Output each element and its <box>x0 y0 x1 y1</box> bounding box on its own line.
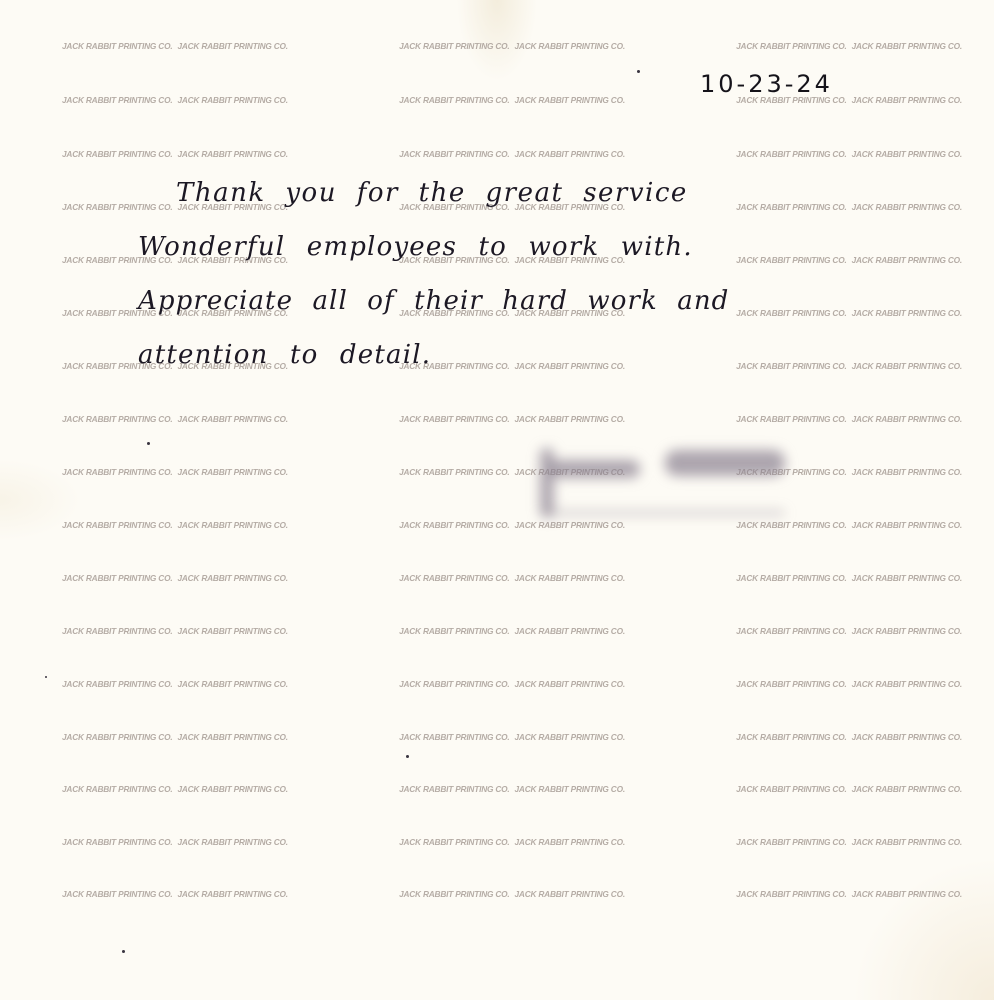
watermark-text: JACK RABBIT PRINTING CO. <box>736 837 846 849</box>
watermark-text: JACK RABBIT PRINTING CO. <box>62 626 172 638</box>
watermark-text: JACK RABBIT PRINTING CO. <box>736 626 846 638</box>
watermark-row: JACK RABBIT PRINTING CO.JACK RABBIT PRIN… <box>62 784 962 796</box>
watermark-row: JACK RABBIT PRINTING CO.JACK RABBIT PRIN… <box>62 573 962 585</box>
watermark-text: JACK RABBIT PRINTING CO. <box>62 679 172 691</box>
watermark-text: JACK RABBIT PRINTING CO. <box>62 41 172 53</box>
watermark-text: JACK RABBIT PRINTING CO. <box>852 308 962 320</box>
watermark-text: JACK RABBIT PRINTING CO. <box>852 467 962 479</box>
watermark-text: JACK RABBIT PRINTING CO. <box>177 41 287 53</box>
watermark-text: JACK RABBIT PRINTING CO. <box>515 361 625 373</box>
watermark-text: JACK RABBIT PRINTING CO. <box>62 573 172 585</box>
watermark-text: JACK RABBIT PRINTING CO. <box>852 679 962 691</box>
watermark-text: JACK RABBIT PRINTING CO. <box>515 784 625 796</box>
watermark-text: JACK RABBIT PRINTING CO. <box>399 732 509 744</box>
watermark-text: JACK RABBIT PRINTING CO. <box>736 679 846 691</box>
watermark-text: JACK RABBIT PRINTING CO. <box>177 573 287 585</box>
watermark-text: JACK RABBIT PRINTING CO. <box>177 414 287 426</box>
watermark-text: JACK RABBIT PRINTING CO. <box>852 889 962 901</box>
watermark-row: JACK RABBIT PRINTING CO.JACK RABBIT PRIN… <box>62 837 962 849</box>
watermark-text: JACK RABBIT PRINTING CO. <box>177 784 287 796</box>
watermark-text: JACK RABBIT PRINTING CO. <box>399 41 509 53</box>
watermark-text: JACK RABBIT PRINTING CO. <box>177 95 287 107</box>
watermark-text: JACK RABBIT PRINTING CO. <box>62 889 172 901</box>
watermark-text: JACK RABBIT PRINTING CO. <box>177 149 287 161</box>
watermark-text: JACK RABBIT PRINTING CO. <box>736 308 846 320</box>
watermark-text: JACK RABBIT PRINTING CO. <box>736 255 846 267</box>
ink-speck <box>147 442 150 445</box>
watermark-text: JACK RABBIT PRINTING CO. <box>852 784 962 796</box>
watermark-text: JACK RABBIT PRINTING CO. <box>515 95 625 107</box>
ink-speck <box>122 950 125 953</box>
watermark-text: JACK RABBIT PRINTING CO. <box>177 837 287 849</box>
watermark-text: JACK RABBIT PRINTING CO. <box>852 626 962 638</box>
watermark-text: JACK RABBIT PRINTING CO. <box>852 520 962 532</box>
watermark-text: JACK RABBIT PRINTING CO. <box>399 149 509 161</box>
watermark-text: JACK RABBIT PRINTING CO. <box>399 889 509 901</box>
watermark-text: JACK RABBIT PRINTING CO. <box>399 414 509 426</box>
watermark-text: JACK RABBIT PRINTING CO. <box>736 149 846 161</box>
watermark-text: JACK RABBIT PRINTING CO. <box>399 573 509 585</box>
watermark-text: JACK RABBIT PRINTING CO. <box>736 889 846 901</box>
watermark-text: JACK RABBIT PRINTING CO. <box>177 732 287 744</box>
watermark-text: JACK RABBIT PRINTING CO. <box>399 520 509 532</box>
watermark-row: JACK RABBIT PRINTING CO.JACK RABBIT PRIN… <box>62 149 962 161</box>
watermark-text: JACK RABBIT PRINTING CO. <box>852 837 962 849</box>
watermark-text: JACK RABBIT PRINTING CO. <box>399 679 509 691</box>
watermark-row: JACK RABBIT PRINTING CO.JACK RABBIT PRIN… <box>62 41 962 53</box>
watermark-row: JACK RABBIT PRINTING CO.JACK RABBIT PRIN… <box>62 732 962 744</box>
watermark-text: JACK RABBIT PRINTING CO. <box>736 41 846 53</box>
blurred-signature <box>530 438 780 518</box>
watermark-text: JACK RABBIT PRINTING CO. <box>399 95 509 107</box>
watermark-text: JACK RABBIT PRINTING CO. <box>736 520 846 532</box>
note-line-2: Wonderful employees to work with. <box>138 232 693 262</box>
watermark-text: JACK RABBIT PRINTING CO. <box>852 732 962 744</box>
watermark-text: JACK RABBIT PRINTING CO. <box>736 784 846 796</box>
watermark-text: JACK RABBIT PRINTING CO. <box>399 837 509 849</box>
watermark-text: JACK RABBIT PRINTING CO. <box>515 626 625 638</box>
watermark-text: JACK RABBIT PRINTING CO. <box>852 361 962 373</box>
watermark-text: JACK RABBIT PRINTING CO. <box>177 679 287 691</box>
watermark-text: JACK RABBIT PRINTING CO. <box>177 520 287 532</box>
watermark-text: JACK RABBIT PRINTING CO. <box>62 837 172 849</box>
watermark-text: JACK RABBIT PRINTING CO. <box>62 784 172 796</box>
watermark-text: JACK RABBIT PRINTING CO. <box>852 255 962 267</box>
watermark-row: JACK RABBIT PRINTING CO.JACK RABBIT PRIN… <box>62 626 962 638</box>
watermark-text: JACK RABBIT PRINTING CO. <box>399 626 509 638</box>
watermark-text: JACK RABBIT PRINTING CO. <box>515 520 625 532</box>
watermark-text: JACK RABBIT PRINTING CO. <box>515 679 625 691</box>
watermark-text: JACK RABBIT PRINTING CO. <box>62 467 172 479</box>
watermark-text: JACK RABBIT PRINTING CO. <box>62 202 172 214</box>
watermark-text: JACK RABBIT PRINTING CO. <box>852 95 962 107</box>
note-date: 10-23-24 <box>700 70 833 98</box>
watermark-text: JACK RABBIT PRINTING CO. <box>62 520 172 532</box>
watermark-text: JACK RABBIT PRINTING CO. <box>515 414 625 426</box>
watermark-text: JACK RABBIT PRINTING CO. <box>515 732 625 744</box>
watermark-text: JACK RABBIT PRINTING CO. <box>62 149 172 161</box>
watermark-text: JACK RABBIT PRINTING CO. <box>62 414 172 426</box>
watermark-row: JACK RABBIT PRINTING CO.JACK RABBIT PRIN… <box>62 679 962 691</box>
watermark-row: JACK RABBIT PRINTING CO.JACK RABBIT PRIN… <box>62 520 962 532</box>
note-line-3: Appreciate all of their hard work and <box>138 286 729 316</box>
watermark-text: JACK RABBIT PRINTING CO. <box>62 732 172 744</box>
watermark-text: JACK RABBIT PRINTING CO. <box>399 467 509 479</box>
note-line-1: Thank you for the great service <box>176 178 688 208</box>
watermark-text: JACK RABBIT PRINTING CO. <box>515 41 625 53</box>
watermark-row: JACK RABBIT PRINTING CO.JACK RABBIT PRIN… <box>62 467 962 479</box>
letterhead-paper: JACK RABBIT PRINTING CO.JACK RABBIT PRIN… <box>0 0 994 1000</box>
watermark-text: JACK RABBIT PRINTING CO. <box>515 889 625 901</box>
ink-speck <box>45 676 47 678</box>
watermark-text: JACK RABBIT PRINTING CO. <box>515 837 625 849</box>
watermark-text: JACK RABBIT PRINTING CO. <box>736 361 846 373</box>
watermark-text: JACK RABBIT PRINTING CO. <box>852 202 962 214</box>
watermark-text: JACK RABBIT PRINTING CO. <box>736 573 846 585</box>
watermark-text: JACK RABBIT PRINTING CO. <box>515 573 625 585</box>
watermark-text: JACK RABBIT PRINTING CO. <box>852 149 962 161</box>
watermark-text: JACK RABBIT PRINTING CO. <box>736 732 846 744</box>
watermark-text: JACK RABBIT PRINTING CO. <box>736 414 846 426</box>
watermark-row: JACK RABBIT PRINTING CO.JACK RABBIT PRIN… <box>62 889 962 901</box>
watermark-text: JACK RABBIT PRINTING CO. <box>515 149 625 161</box>
watermark-text: JACK RABBIT PRINTING CO. <box>62 95 172 107</box>
watermark-row: JACK RABBIT PRINTING CO.JACK RABBIT PRIN… <box>62 414 962 426</box>
watermark-text: JACK RABBIT PRINTING CO. <box>736 202 846 214</box>
watermark-text: JACK RABBIT PRINTING CO. <box>177 889 287 901</box>
ink-speck <box>406 755 409 758</box>
watermark-text: JACK RABBIT PRINTING CO. <box>177 467 287 479</box>
watermark-text: JACK RABBIT PRINTING CO. <box>852 573 962 585</box>
watermark-text: JACK RABBIT PRINTING CO. <box>399 784 509 796</box>
ink-speck <box>637 70 640 73</box>
watermark-text: JACK RABBIT PRINTING CO. <box>177 626 287 638</box>
watermark-text: JACK RABBIT PRINTING CO. <box>852 41 962 53</box>
watermark-text: JACK RABBIT PRINTING CO. <box>852 414 962 426</box>
note-line-4: attention to detail. <box>138 340 431 370</box>
